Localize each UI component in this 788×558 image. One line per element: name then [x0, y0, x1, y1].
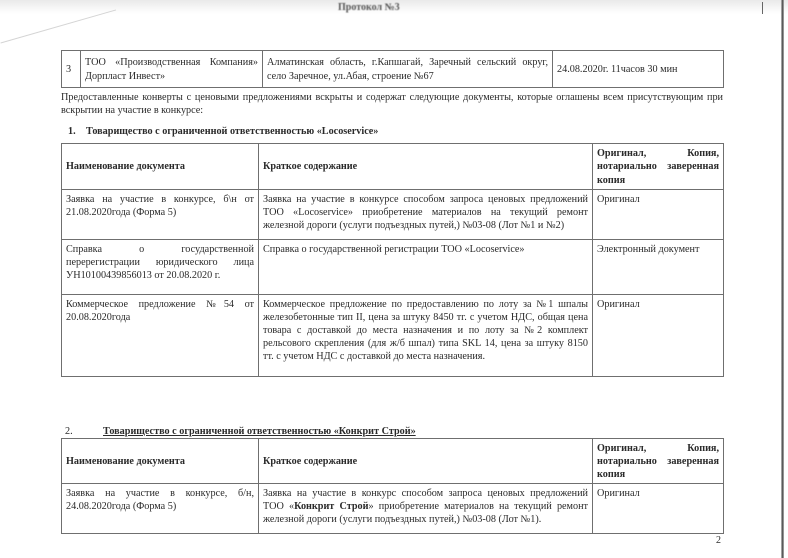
documents-table-locoservice: Наименование документа Краткое содержани… [61, 143, 724, 377]
section-heading-1: 1.Товарищество с ограниченной ответствен… [68, 125, 378, 138]
document-name: Коммерческое предложение №54 от 20.08.20… [62, 295, 259, 377]
column-header-document-name: Наименование документа [62, 439, 259, 484]
document-name: Справка о государственной перерегистраци… [62, 240, 259, 295]
document-type: Оригинал [593, 484, 724, 534]
section-number: 1. [68, 125, 86, 138]
participant-datetime: 24.08.2020г. 11часов 30 мин [553, 51, 724, 88]
column-header-original-copy: Оригинал, Копия, нотариально заверенная … [593, 144, 724, 190]
page-fold-line [0, 0, 116, 43]
participant-address: Алматинская область, г.Капшагай, Заречны… [263, 51, 553, 88]
column-header-document-name: Наименование документа [62, 144, 259, 190]
table-header-row: Наименование документа Краткое содержани… [62, 439, 724, 484]
column-header-original-copy: Оригинал, Копия, нотариально заверенная … [593, 439, 724, 484]
summary-company: Конкрит Строй [294, 501, 368, 512]
page-header: Протокол №3 [338, 2, 400, 15]
document-name: Заявка на участие в конкурсе, б/н, 24.08… [62, 484, 259, 534]
table-row: Справка о государственной перерегистраци… [62, 240, 724, 295]
page-number: 2 [716, 535, 721, 548]
section-title: Товарищество с ограниченной ответственно… [103, 426, 416, 437]
participant-company: ТОО «Производственная Компания» Дорпласт… [81, 51, 263, 88]
participant-number: 3 [62, 51, 81, 88]
page-corner-mark [762, 2, 763, 14]
document-type: Электронный документ [593, 240, 724, 295]
section-number: 2. [65, 425, 103, 438]
column-header-summary: Краткое содержание [259, 439, 593, 484]
table-row: 3 ТОО «Производственная Компания» Дорпла… [62, 51, 724, 88]
column-header-summary: Краткое содержание [259, 144, 593, 190]
document-summary: Заявка на участие в конкурс способом зап… [259, 484, 593, 534]
document-type: Оригинал [593, 190, 724, 240]
section-title: Товарищество с ограниченной ответственно… [86, 126, 378, 137]
participants-table: 3 ТОО «Производственная Компания» Дорпла… [61, 50, 724, 88]
page-edge [781, 0, 784, 558]
intro-paragraph: Предоставленные конверты с ценовыми пред… [61, 91, 723, 117]
document-summary: Справка о государственной регистрации ТО… [259, 240, 593, 295]
document-summary: Заявка на участие в конкурсе способом за… [259, 190, 593, 240]
table-row: Заявка на участие в конкурсе, б\н от 21.… [62, 190, 724, 240]
document-name: Заявка на участие в конкурсе, б\н от 21.… [62, 190, 259, 240]
documents-table-konkrit-stroy: Наименование документа Краткое содержани… [61, 438, 724, 534]
table-row: Коммерческое предложение №54 от 20.08.20… [62, 295, 724, 377]
table-header-row: Наименование документа Краткое содержани… [62, 144, 724, 190]
document-summary: Коммерческое предложение по предоставлен… [259, 295, 593, 377]
document-type: Оригинал [593, 295, 724, 377]
section-heading-2: 2.Товарищество с ограниченной ответствен… [65, 425, 416, 438]
table-row: Заявка на участие в конкурсе, б/н, 24.08… [62, 484, 724, 534]
